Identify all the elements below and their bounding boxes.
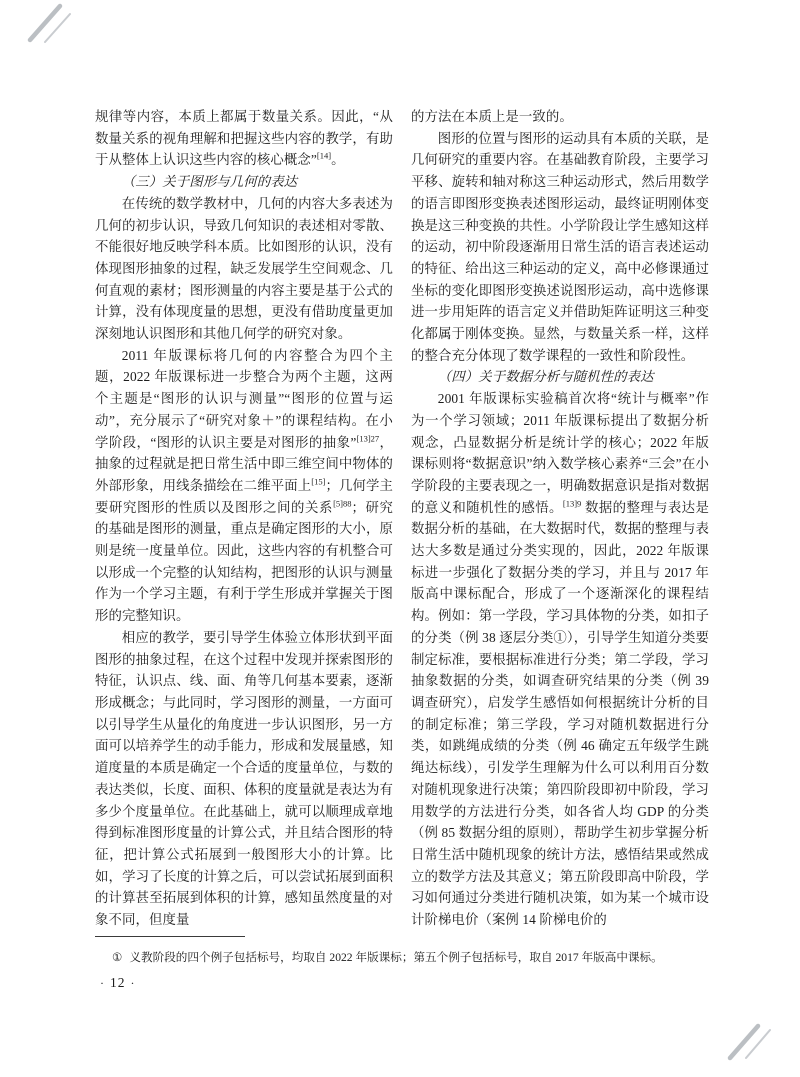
page-number: ·12·: [95, 974, 141, 992]
body-paragraph: 图形的位置与图形的运动具有本质的关联，是几何研究的重要内容。在基础教育阶段，主要…: [411, 128, 709, 367]
footnote-marker: ①: [112, 951, 122, 964]
page-number-right-dot: ·: [131, 976, 136, 990]
page-number-value: 12: [110, 975, 126, 990]
journal-article-page: 规律等内容，本质上都属于数量关系。因此，“从数量关系的视角理解和把握这些内容的教…: [0, 0, 800, 1077]
citation-superscript: [13]27: [356, 433, 379, 443]
corner-scan-mark-bottom-right: [726, 1020, 774, 1062]
citation-superscript: [13]9: [563, 498, 581, 508]
footnote: ①义教阶段的四个例子包括标号，均取自 2022 年版课标；第五个例子包括标号，取…: [95, 950, 728, 965]
citation-superscript: [15]: [311, 476, 325, 486]
body-paragraph: 在传统的数学教材中，几何的内容大多表述为几何的初步认识，导致几何知识的表述相对零…: [95, 193, 393, 345]
left-text-column: 规律等内容，本质上都属于数量关系。因此，“从数量关系的视角理解和把握这些内容的教…: [95, 106, 393, 931]
body-paragraph: 2011 年版课标将几何的内容整合为四个主题，2022 年版课标进一步整合为两个…: [95, 345, 393, 627]
page-number-left-dot: ·: [100, 976, 105, 990]
footnote-text: 义教阶段的四个例子包括标号，均取自 2022 年版课标；第五个例子包括标号，取自…: [129, 951, 662, 964]
body-paragraph: 相应的教学，要引导学生体验立体形状到平面图形的抽象过程，在这个过程中发现并探索图…: [95, 627, 393, 931]
right-text-column: 的方法在本质上是一致的。图形的位置与图形的运动具有本质的关联，是几何研究的重要内…: [411, 106, 709, 931]
citation-superscript: [5]88: [333, 498, 351, 508]
footnote-separator-rule: [95, 936, 245, 937]
body-paragraph: 2001 年版课标实验稿首次将“统计与概率”作为一个学习领域；2011 年版课标…: [411, 388, 709, 931]
citation-superscript: [14]: [317, 151, 331, 161]
body-paragraph: 规律等内容，本质上都属于数量关系。因此，“从数量关系的视角理解和把握这些内容的教…: [95, 106, 393, 171]
body-paragraph: 的方法在本质上是一致的。: [411, 106, 709, 128]
corner-scan-mark-top-left: [24, 2, 72, 44]
section-heading: （三）关于图形与几何的表达: [95, 171, 393, 193]
section-heading: （四）关于数据分析与随机性的表达: [411, 366, 709, 388]
